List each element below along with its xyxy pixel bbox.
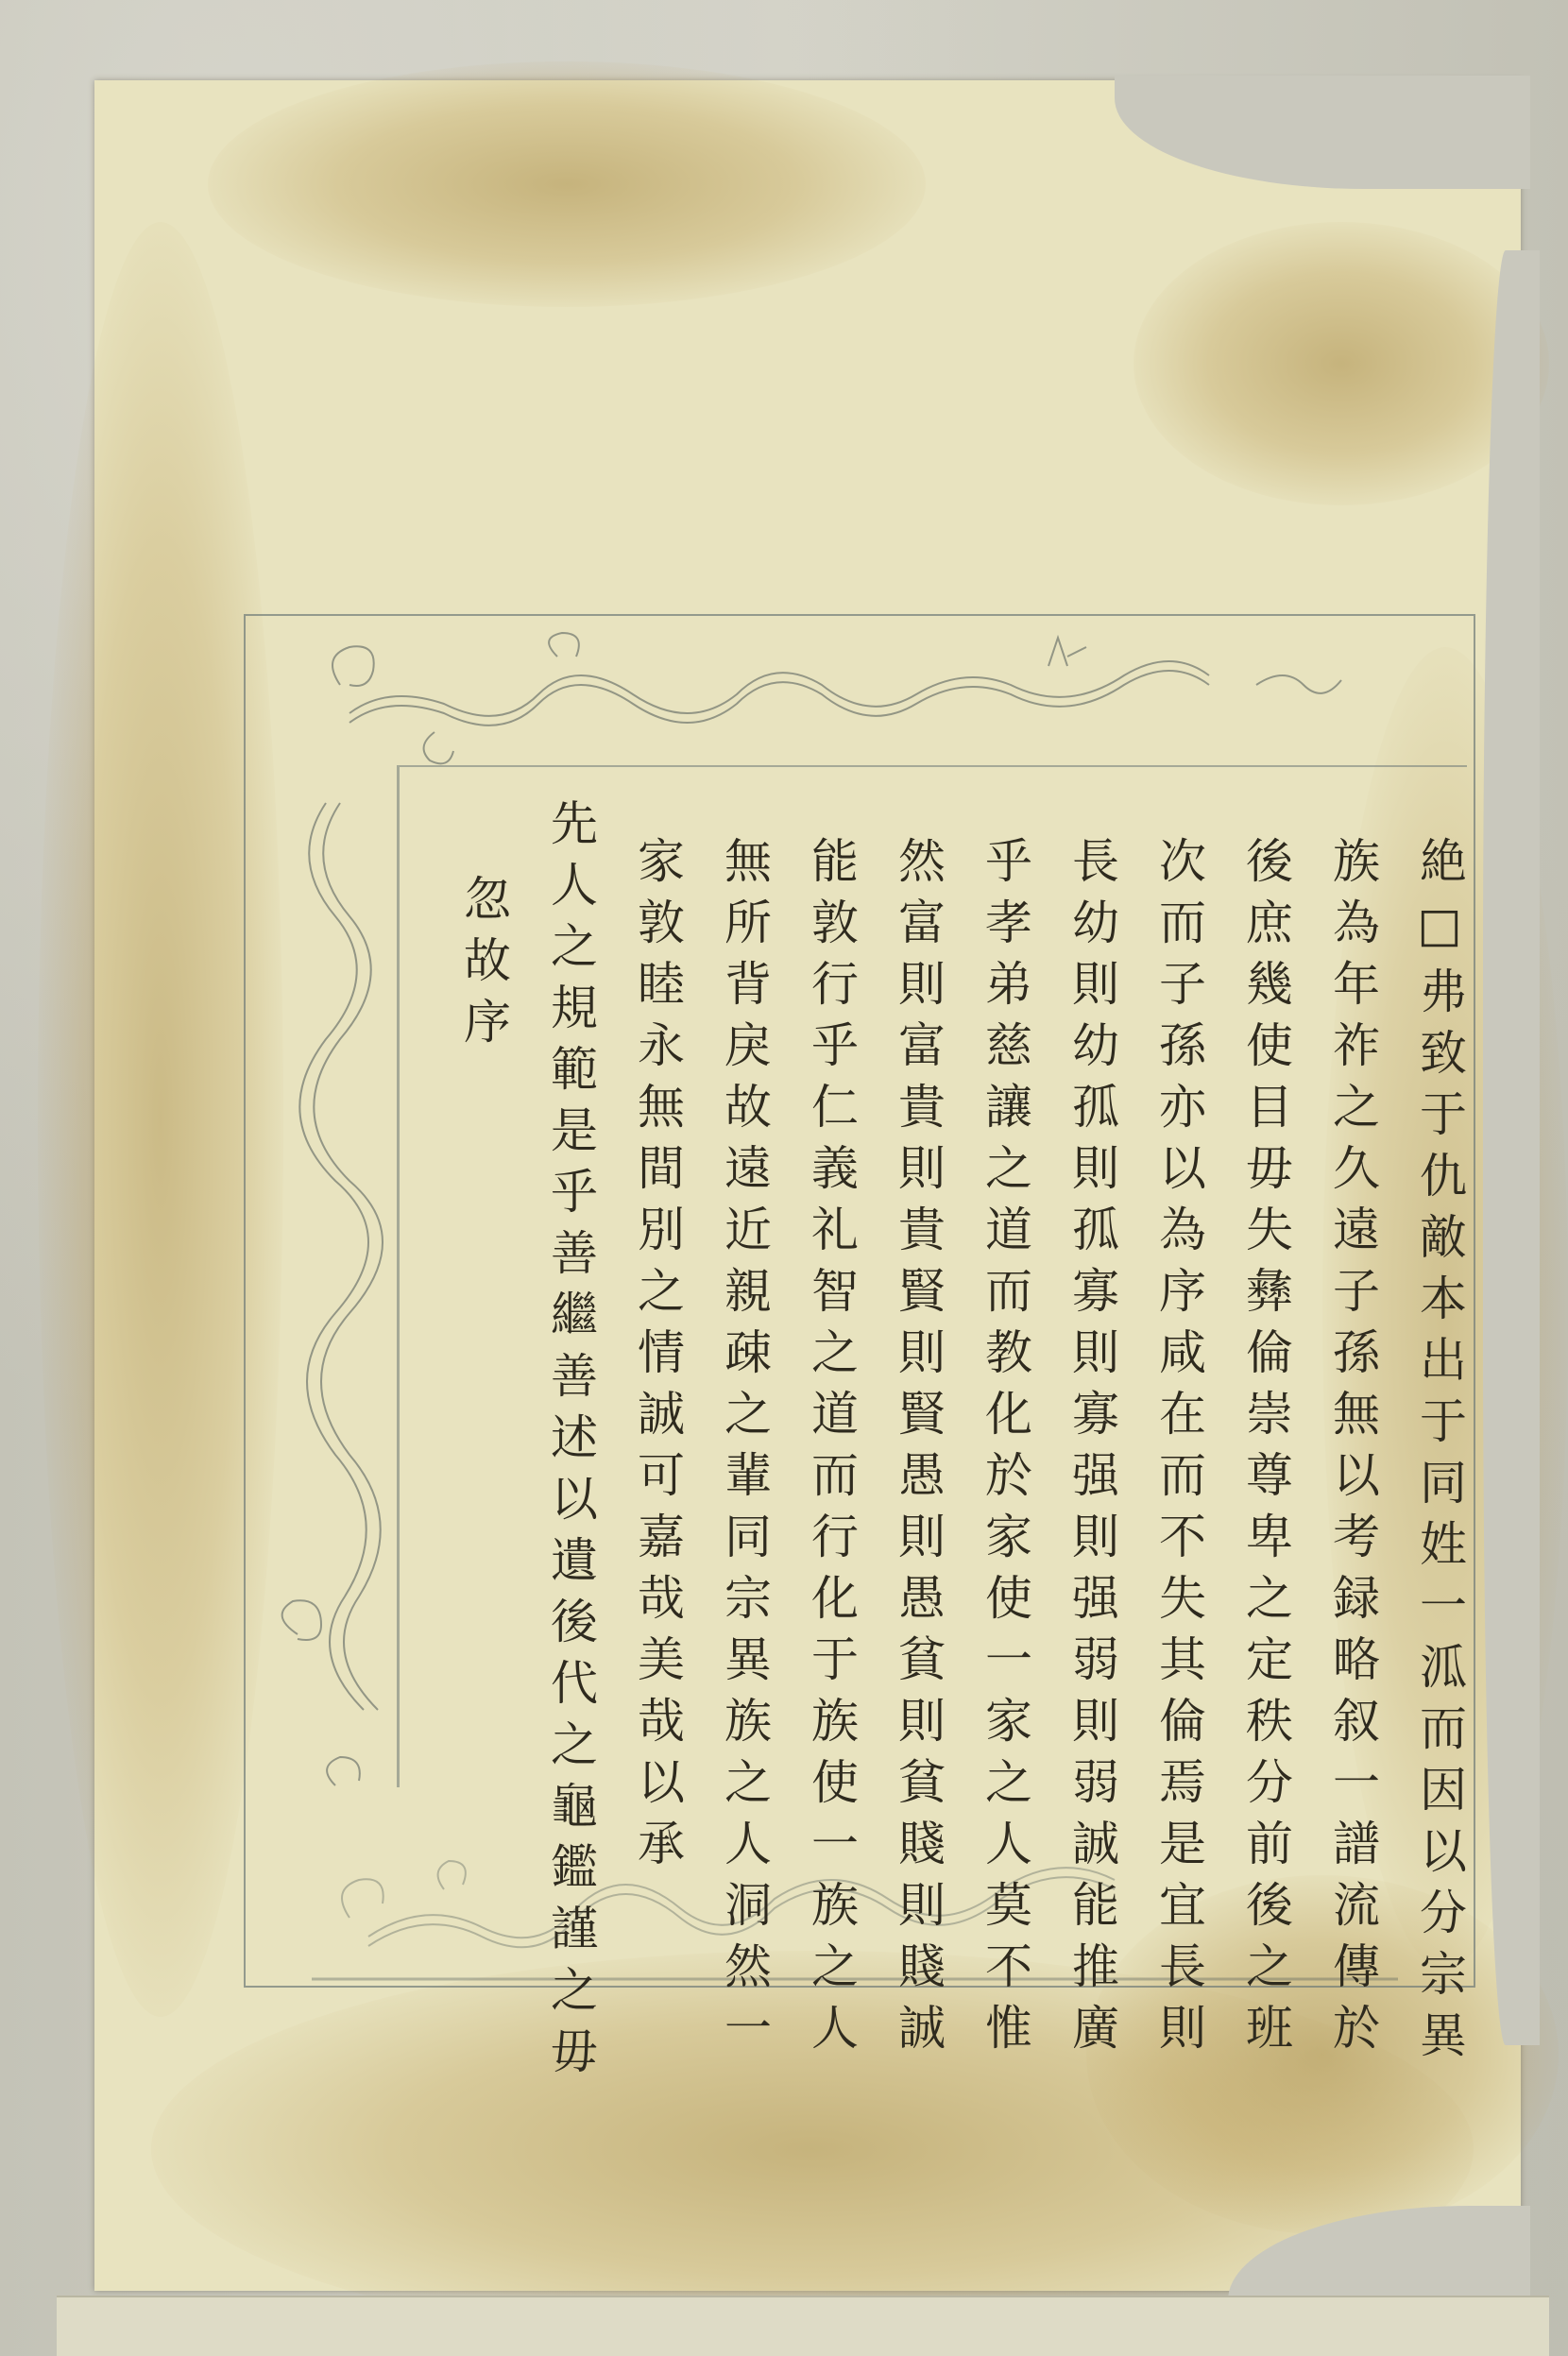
text-column-6: 乎孝弟慈讓之道而教化於家使一家之人莫不惟 bbox=[962, 836, 1048, 1856]
text-column-8: 能敦行乎仁義礼智之道而行化于族使一族之人 bbox=[788, 836, 875, 1856]
text-column-7: 然富則富貴則貴賢則賢愚則愚貧則貧賤則賤誠 bbox=[875, 836, 962, 1856]
text-column-2: 族為年祚之久遠子孫無以考録略叙一譜流傳於 bbox=[1309, 836, 1396, 1856]
stain-top bbox=[208, 61, 926, 307]
text-column-5: 長幼則幼孤則孤寡則寡强則强弱則弱誠能推廣 bbox=[1048, 836, 1135, 1856]
text-column-12-closing: 忽故序 bbox=[440, 874, 527, 1856]
text-column-11: 先人之規範是乎善繼善述以遺後代之龜鑑謹之毋 bbox=[527, 798, 614, 1856]
dragon-border-left-icon bbox=[250, 784, 392, 1899]
tear-top-right bbox=[1115, 76, 1530, 189]
text-column-4: 次而子孫亦以為序咸在而不失其倫焉是宜長則 bbox=[1135, 836, 1222, 1856]
text-column-9: 無所背戾故遠近親疎之輩同宗異族之人洞然一 bbox=[701, 836, 788, 1856]
text-column-3: 後庶幾使目毋失彝倫崇尊卑之定秩分前後之班 bbox=[1222, 836, 1309, 1856]
preface-text-body: 絶□弗致于仇敵本出于同姓一泒而因以分宗異 族為年祚之久遠子孫無以考録略叙一譜流傳… bbox=[406, 836, 1483, 1856]
tear-right-edge bbox=[1483, 250, 1540, 2045]
text-column-1: 絶□弗致于仇敵本出于同姓一泒而因以分宗異 bbox=[1396, 836, 1483, 1856]
stain-top-right bbox=[1133, 222, 1549, 505]
dragon-border-top-icon bbox=[312, 628, 1398, 779]
mount-bottom-strip bbox=[57, 2296, 1549, 2356]
text-column-10: 家敦睦永無間別之情誠可嘉哉美哉以承 bbox=[614, 836, 701, 1856]
